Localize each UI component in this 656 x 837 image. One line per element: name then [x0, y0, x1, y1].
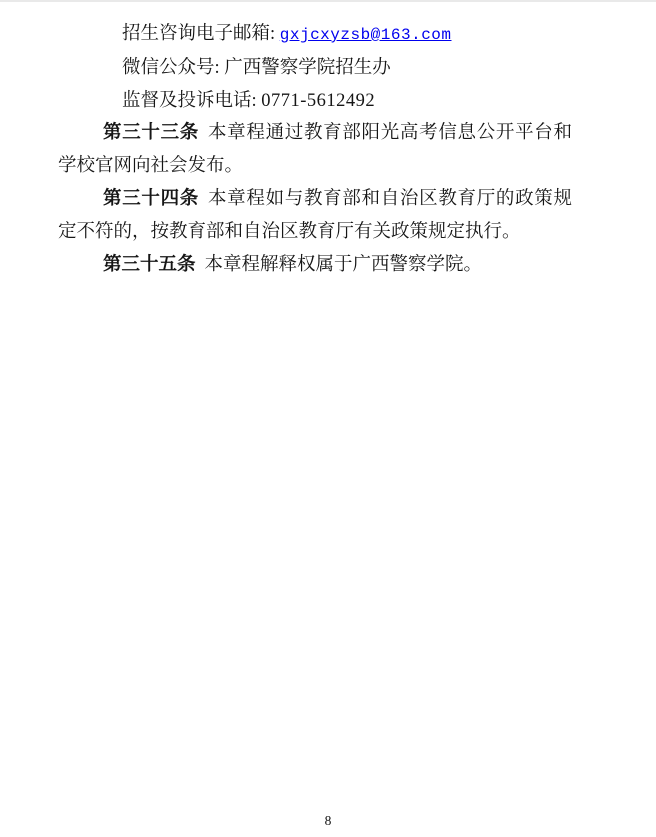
document-page: 招生咨询电子邮箱: gxjcxyzsb@163.com 微信公众号: 广西警察学… — [0, 0, 656, 837]
page-number: 8 — [0, 812, 656, 829]
email-link[interactable]: gxjcxyzsb@163.com — [280, 26, 452, 44]
article-35-head: 第三十五条 — [103, 255, 196, 275]
contact-email-line: 招生咨询电子邮箱: gxjcxyzsb@163.com — [122, 18, 572, 52]
document-content: 招生咨询电子邮箱: gxjcxyzsb@163.com 微信公众号: 广西警察学… — [0, 2, 656, 281]
contact-phone-line: 监督及投诉电话: 0771-5612492 — [122, 85, 572, 118]
email-label: 招生咨询电子邮箱: — [122, 24, 280, 44]
article-34: 第三十四条本章程如与教育部和自治区教育厅的政策规定不符的，按教育部和自治区教育厅… — [58, 183, 572, 249]
contact-wechat-line: 微信公众号: 广西警察学院招生办 — [122, 52, 572, 85]
article-35-body: 本章程解释权属于广西警察学院。 — [205, 255, 483, 275]
phone-number: 0771-5612492 — [261, 91, 375, 111]
article-35: 第三十五条本章程解释权属于广西警察学院。 — [58, 249, 572, 282]
article-34-head: 第三十四条 — [103, 189, 199, 209]
article-33-head: 第三十三条 — [103, 123, 199, 143]
article-33: 第三十三条本章程通过教育部阳光高考信息公开平台和学校官网向社会发布。 — [58, 117, 572, 183]
phone-label: 监督及投诉电话: — [122, 91, 261, 111]
